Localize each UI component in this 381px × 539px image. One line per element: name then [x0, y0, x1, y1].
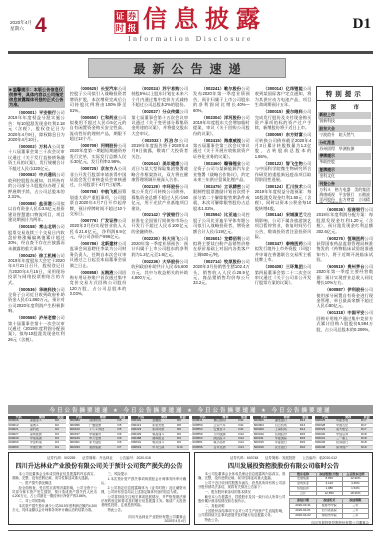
announcement-entry: （300347）泰格医药公司拟发行境外上市外资股（Ｈ股）并申请在香港联合交易所主… — [255, 241, 312, 263]
announcement-entry: （600519）贵州茅台公司2020年第一季度主要经营数据：预计实现营业总收入同… — [316, 264, 373, 286]
sidebar-section: 停牌提示 华联控股 — [318, 153, 371, 166]
announcement-entry: （002460）赣锋锂业公司全资子公司与某新能源汽车企业签署《战略合作协议》，约… — [193, 161, 250, 183]
digest-row: 000541佛山照明D11 — [192, 419, 250, 423]
masthead: 2020年4月 星期六 4 证 券 时 报 信息披露 Information D… — [10, 7, 371, 49]
article-paragraph: 上述股份冻结事项不会对公司生产经营产生直接影响，公司将持续关注事项进展并及时履行… — [198, 509, 285, 517]
date-weekday: 星期六 — [10, 26, 32, 32]
digest-row: 000550江铃汽车D11 — [192, 423, 250, 427]
announcement-entry: （000858）五粮液公司回购专用证券账户首次通过集中竞价交易方式回购公司股份1… — [70, 270, 127, 297]
digest-row: 000060中金岭南D3 — [8, 441, 66, 445]
article-meta: 证券代码：002259 证券简称：升达林业 公告编号：2020-018 — [12, 455, 186, 460]
freeze-detail-table: 冻结日期 冻结机关 冻结期限 2020-03-31成都市中院三年2020-04-… — [289, 498, 369, 518]
announcement-entry: （002241）歌尔股份公司发布2020年第一季度业绩预告，预计归属于上市公司股… — [193, 86, 250, 113]
sidebar-section-names: 锐新科技 — [318, 119, 371, 125]
digest-row: 600030中信证券D18 — [315, 432, 373, 436]
digest-row: 000089深圳机场D5 — [69, 419, 127, 423]
logo-tile: 报 — [126, 22, 138, 34]
announcement-entry: （002027）分众传媒公司第七届董事会第十五次会议审议通过《关于变更部分募集资… — [131, 109, 188, 136]
digest-row: 600004白云机场D14 — [253, 423, 311, 427]
announcement-entry: （000768）中航飞机因筹划重大资产重组事项，公司股票自2020年4月7日开市… — [70, 189, 127, 216]
article-paragraph: 1.本次预计资产损失事项尚需经会计师事务所审计确认； — [101, 477, 186, 485]
header-rule — [8, 51, 373, 54]
digest-row: 000413东旭光电D8 — [131, 423, 189, 427]
text-column-5: （300014）亿纬锂能公司收到某国际客户定点通知，将为其供应动力电池产品，项目… — [255, 86, 312, 403]
sidebar-section-names: 苏州固锝 华测检测 — [318, 146, 371, 152]
article-column: 本公司及董事会全体成员保证信息披露的内容真实、准确、完整，没有虚假记载、误导性陈… — [198, 472, 285, 526]
sidebar-section-names: 万科Ａ 格力电器 美的集团 海康威视 平安银行 五粮液 洋河股份 东方财富 立讯… — [318, 187, 371, 204]
digest-row: 000096广聚能源D5 — [69, 423, 127, 427]
mini-row: 2020-04-02绵阳市中院三年 — [290, 513, 369, 518]
digest-row: 000100ＴＣＬ科技D5 — [69, 428, 127, 432]
announcement-entry: （002475）立讯精密公司限制性股票激励计划首次授予部分第二个解除限售期条件成… — [193, 184, 250, 211]
mini-row: 恒信投资1,0801.54% — [290, 486, 369, 491]
digest-row: 000027深圳能源D3 — [8, 432, 66, 436]
digest-row: 600028中国石化D17 — [315, 423, 373, 427]
text-column-4: （002241）歌尔股份公司发布2020年第一季度业绩预告，预计归属于上市公司股… — [193, 86, 250, 403]
announcement-entry: （000786）北新建材公司监事会同意聘任李某为公司财务负责人，任期自本次会议审… — [70, 241, 127, 268]
footer-rule — [8, 530, 373, 531]
sidebar-section-names: 华联控股 — [318, 160, 371, 166]
announcement-entry: （002415）海康威视公司第五届董事会第三次会议审议通过《关于开展应收账款资产… — [193, 138, 250, 160]
entry-list: （002024）苏宁易购公司持股5%以上股东计划在未来六个月内通过集中竞价方式减… — [131, 86, 188, 280]
newspaper-logo-icon: 证 券 时 报 — [114, 10, 138, 34]
digest-row: 000012南玻ＡD2 — [8, 423, 66, 427]
announcement-entry: （002032）苏泊尔公司2019年年度报告将于2020年4月9日披露，敬请广大… — [131, 138, 188, 160]
announcement-entry: （300014）亿纬锂能公司收到某国际客户定点通知，将为其供应动力电池产品，项目… — [255, 86, 312, 108]
entry-list: （300014）亿纬锂能公司收到某国际客户定点通知，将为其供应动力电池产品，项目… — [255, 86, 312, 286]
digest-table-4: 代码 简称 版面 000541佛山照明D11000550江铃汽车D1100055… — [192, 416, 250, 450]
article-paragraph: 特此公告。 — [198, 518, 285, 522]
announcement-entry: （000709）河钢股份公司2020年度第一期超短期融资券发行完毕，实际发行总额… — [70, 143, 127, 165]
announcement-entry: （002304）洋河股份公司2019年年度股东大会增加临时提案，审议《关于回购公… — [193, 115, 250, 137]
entry-list: （000625）长安汽车公司控股子公司拟引入战略投资者增资扩股，本次增资完成后公… — [70, 86, 127, 297]
article-paragraph: 本公司及董事会全体成员保证信息披露的内容真实、准确、完整，没有虚假记载、误导性陈… — [12, 472, 97, 480]
digest-row: 000066中国长城D4 — [8, 445, 66, 449]
date-day-number: 4 — [35, 15, 47, 37]
article-paragraph: 一、资产损失情况概述 — [12, 481, 97, 485]
announcement-entry: （002230）科大讯飞公司2020年第一季度业绩预告：预计归属于上市公司股东的… — [131, 236, 188, 258]
announcement-entry: （000425）徐工机械公司2019年年度股东大会定于2020年4月21日召开，… — [8, 253, 65, 285]
special-notice-title: 特别提示 — [317, 87, 372, 101]
announcement-entry: （000088）盐田港公司拟以自有资金人民币3.5亿元投资建设智慧港口物流项目，… — [8, 201, 65, 223]
announcement-entry: （002142）宁波银行公司获准在全国银行间债券市场公开发行不超过人民币100亿… — [131, 212, 188, 234]
announcement-entry: （300408）三环集团公司第四届董事会第二十二次会议审议通过《关于公司非公开发… — [255, 264, 312, 286]
section-subtitle: Information Disclosure — [114, 34, 267, 43]
digest-table-2: 代码 简称 版面 000089深圳机场D5000096广聚能源D5000100Ｔ… — [69, 416, 127, 450]
digest-row: 000157中联重科D6 — [69, 432, 127, 436]
article-left: 证券代码：002259 证券简称：升达林业 公告编号：2020-018 四川升达… — [8, 452, 190, 525]
announcement-entry: （300144）宋城演艺受疫情影响，公司下属各旅游演艺项目暂停营业，恢复时间另行… — [255, 212, 312, 239]
digest-row: 600009上海机场D14 — [253, 428, 311, 432]
announcement-entry: （601318）中国平安公司回购专用账户通过集中竞价方式累计回购Ａ股股份5,59… — [316, 310, 373, 332]
digest-row: 600031三一重工D18 — [315, 437, 373, 441]
date-block: 2020年4月 星期六 4 — [10, 15, 47, 37]
article-paragraph: 公司将持续关注相关事项进展情况，并严格按照法律法规的规定和要求及时履行信息披露义… — [101, 495, 186, 507]
announcement-entry: （600036）招商银行公司2019年年度利润分配方案：每股派发现金红利1.20… — [316, 207, 373, 234]
digest-row: 000501鄂武商ＡD9 — [131, 441, 189, 445]
article-paragraph: 经全面核查，受自然灾害等因素影响，公司全资子公司部分林木资产发生损毁，预计造成资… — [12, 486, 97, 498]
article-right: 证券代码：600748 证券简称：发展投资 公告编号：临2020-012 四川发… — [194, 452, 373, 525]
market-shenzhen-label: 深 市 — [318, 103, 371, 111]
digest-table-3: 代码 简称 版面 000402金融街D8000413东旭光电D8000423东阿… — [131, 416, 189, 450]
text-column-6: 特别提示 深 市 新股上市 锐新科技 股东大会 宁波韵升 皖天然气 分红派息 — [316, 86, 373, 403]
article-signature: 四川升达林业产业股份有限公司董事会 2020年4月4日 — [12, 515, 186, 523]
article-paragraph: 二、对公司的影响 — [12, 499, 97, 503]
digest-row: 000429粤高速ＡD9 — [131, 432, 189, 436]
announcement-entry: （002601）龙蟒佰利公司拟将主要钛白粉产品销售价格在原价基础上对国内各类客户… — [193, 236, 250, 258]
announcement-entry: （000536）华映科技公司全资子公司近日收到政府补助资金人民币1,860万元，… — [8, 287, 65, 314]
article-paragraph: 本公司及董事会全体成员保证信息披露的内容真实、准确、完整，没有虚假记载、误导性陈… — [198, 472, 285, 480]
digest-row: 000559万向钱潮D12 — [192, 432, 250, 436]
digest-row: 000301东方盛虹D6 — [69, 441, 127, 445]
reader-notice: ■ 温馨提示：本版公告信息仅供参考，具体内容以公司指定信息披露媒体刊登的正式公告… — [8, 86, 65, 108]
latest-announcements-banner: 最新公告速递 — [88, 58, 286, 78]
article-paragraph: 2.公司指定信息披露媒体为《证券时报》及巨潮资讯网，公司所有信息均以上述指定媒体… — [101, 486, 186, 494]
announcement-entry: （002236）大华股份公司收到政府补助共计人民币5,600万元，其中与收益相关… — [131, 259, 188, 281]
digest-row: 000581威孚高科D12 — [192, 441, 250, 445]
announcement-entry: （000650）仁和药业公司拟使用不超过人民币5亿元的自有闲置资金购买安全性高、… — [70, 115, 127, 142]
digest-row: 600016民生银行D16 — [253, 445, 311, 449]
digest-table-6: 代码 简称 版面 600025华能水电D17600028中国石化D1760002… — [315, 416, 373, 450]
sidebar-section: 新股上市 锐新科技 — [318, 112, 371, 125]
digest-row: 000488晨鸣纸业D9 — [131, 437, 189, 441]
col-shares: 冻结股数(万股) — [316, 472, 342, 477]
newspaper-page: { "header": { "date_line1": "2020年4月", "… — [0, 0, 381, 539]
article-paragraph: 一、股东股份被冻结的基本情况 — [198, 490, 285, 494]
sidebar-section: 复牌提示 金科文化 — [318, 167, 371, 180]
digest-banner: 今日公告摘要速递 ★ 今日公告摘要速递 ★ 今日公告摘要速递 ★ 今日公告摘要速… — [8, 405, 373, 414]
entry-list: （600036）招商银行公司2019年年度利润分配方案：每股派发现金红利1.20… — [316, 207, 373, 332]
article-signature: 四川发展投资控股股份有限公司董事会 2020年4月4日 — [289, 521, 369, 525]
mini-header-row: 冻结日期 冻结机关 冻结期限 — [290, 499, 369, 504]
digest-row: 600010包钢股份D15 — [253, 432, 311, 436]
digest-row: 000039中集集团D3 — [8, 437, 66, 441]
mini-row: 金利实业3,1204.46% — [290, 482, 369, 487]
digest-row: 600015华夏银行D15 — [253, 441, 311, 445]
logo-tile: 券 — [126, 10, 138, 22]
text-column-3: （002024）苏宁易购公司持股5%以上股东计划在未来六个月内通过集中竞价方式减… — [131, 86, 188, 403]
announcement-entry: （002044）美年健康公司近日与某大型保险集团签署战略合作框架协议，双方将在健… — [131, 161, 188, 183]
special-notice-box: 特别提示 深 市 新股上市 锐新科技 股东大会 宁波韵升 皖天然气 分红派息 — [316, 86, 373, 204]
announcement-entry: （000001）平安银行公司2019年年度权益分派实施公告：每10股派发现金红利… — [8, 110, 65, 142]
sidebar-section: 分红派息 苏州固锝 华测检测 — [318, 139, 371, 152]
logo-tile: 时 — [114, 22, 126, 34]
article-paragraph: 特此公告。 — [101, 508, 186, 512]
mini-row: 2020-03-31成都市中院三年 — [290, 504, 369, 509]
sidebar-section-names: 宁波韵升 皖天然气 — [318, 132, 371, 138]
announcement-entry: （002594）比亚迪公司控股子公司比亚迪半导体有限公司拟引入战略投资者，增资金… — [193, 212, 250, 234]
article-title: 四川升达林业产业股份有限公司关于预计公司资产损失的公告 — [12, 461, 186, 470]
mini-row: 发展集团8,65012.36% — [290, 477, 369, 482]
announcement-entry: （000158）常山北明公司股票交易连续三个交易日内收盘价格涨幅偏离值累计超过2… — [8, 224, 65, 251]
digest-row: 000402金融街D8 — [131, 419, 189, 423]
digest-row: 600011华能国际D15 — [253, 437, 311, 441]
announcement-entry: （000625）长安汽车公司控股子公司拟引入战略投资者增资扩股，本次增资完成后公… — [70, 86, 127, 113]
text-column-2: （000625）长安汽车公司控股子公司拟引入战略投资者增资扩股，本次增资完成后公… — [70, 86, 127, 403]
entry-list: （000001）平安银行公司2019年年度权益分派实施公告：每10股派发现金红利… — [8, 110, 65, 342]
digest-row: 600048保利地产D19 — [315, 445, 373, 449]
digest-row: 000563陕国投ＡD12 — [192, 437, 250, 441]
signature-company: 四川发展投资控股股份有限公司董事会 — [289, 521, 369, 525]
announcement-entry: （000002）万科Ａ公司第十八届董事会第三十次会议审议通过《关于发行直接债务融… — [8, 144, 65, 171]
announcement-entry: （000568）泸州老窖公司第十届董事会第十一次会议审议通过《2019年度利润分… — [8, 315, 65, 342]
announcement-entry: （002129）中环股份公司拟公开发行可转换公司债券，募集资金总额不超过人民币5… — [131, 184, 188, 211]
digest-row: 000519中兵红箭D10 — [131, 445, 189, 449]
digest-row: 000006深振业ＡD2 — [8, 419, 66, 423]
article-paragraph: 本次资产损失预计减少公司2019年度利润总额约4,200万元，具体金额以会计师事… — [12, 504, 97, 512]
digest-table-1: 代码 简称 版面 000006深振业ＡD2000012南玻ＡD2000021深科… — [8, 416, 66, 450]
digest-row: 000423东阿阿胶D8 — [131, 428, 189, 432]
digest-row: 000596古井贡酒D13 — [192, 445, 250, 449]
digest-row: 000553安道麦ＡD11 — [192, 428, 250, 432]
article-meta: 证券代码：600748 证券简称：发展投资 公告编号：临2020-012 — [198, 455, 369, 460]
logo-tile: 证 — [114, 10, 126, 22]
announcement-entry: （000063）中兴通讯公司收到控股股东通知，其所持有的公司部分Ａ股股份办理了质… — [8, 172, 65, 199]
announcement-entry: （300015）爱尔眼科公司完成发行股份及支付现金购买资产事项的标的资产过户手续… — [255, 109, 312, 131]
freeze-summary-table: 股东名称 冻结股数(万股) 占总股本比例 发展集团8,65012.36%金利实业… — [289, 472, 369, 497]
announcement-entry: （300124）汇川技术公司2019年年度权益分派预案：每10股派发现金红利1.… — [255, 184, 312, 211]
announcement-entry: （300122）智飞生物公司与中国科学院微生物研究所合作研发的重组新冠疫苗项目取… — [255, 161, 312, 183]
announcement-entry: （000725）京东方Ａ公司非公开发行股票申请获得中国证监会发行审核委员会审核通… — [70, 166, 127, 188]
page-number: D1 — [353, 16, 371, 33]
article-paragraph: 公司于近日收到控股股东函告，获悉其所持有的公司部分股份被司法冻结，现将有关情况公… — [198, 481, 285, 489]
announcement-entry: （002714）牧原股份公司2020年3月份销售生猪102.4万头，销售收入人民… — [193, 259, 250, 286]
entry-list: （002241）歌尔股份公司发布2020年第一季度业绩预告，预计归属于上市公司股… — [193, 86, 250, 286]
sidebar-section: 股东大会 宁波韵升 皖天然气 — [318, 125, 371, 138]
digest-row: 000166申万宏源D6 — [69, 437, 127, 441]
announcements-body: ■ 温馨提示：本版公告信息仅供参考，具体内容以公司指定信息披露媒体刊登的正式公告… — [8, 86, 373, 403]
shenzhen-section-list: 新股上市 锐新科技 股东大会 宁波韵升 皖天然气 分红派息 苏州固锝 华测检测 — [318, 112, 371, 205]
article-paragraph: 三、风险提示 — [101, 472, 186, 476]
announcement-entry: （000776）广发证券公司2020年3月份实现营业收入人民币21.6亿元，净利… — [70, 218, 127, 240]
article-paragraph: 截至本公告披露日，控股股东及其一致行动人所持公司股份累计被冻结情况如右表所示。 — [198, 495, 285, 503]
article-column: 三、风险提示1.本次预计资产损失事项尚需经会计师事务所审计确认；2.公司指定信息… — [101, 472, 186, 514]
article-tables: 股东名称 冻结股数(万股) 占总股本比例 发展集团8,65012.36%金利实业… — [289, 472, 369, 526]
mini-row: 合计12,85018.36% — [290, 491, 369, 496]
signature-date: 2020年4月4日 — [12, 519, 186, 523]
announcement-entry: （002024）苏宁易购公司持股5%以上股东计划在未来六个月内通过集中竞价方式减… — [131, 86, 188, 108]
mini-header-row: 股东名称 冻结股数(万股) 占总股本比例 — [290, 472, 369, 477]
digest-tables: 代码 简称 版面 000006深振业ＡD2000012南玻ＡD2000021深科… — [8, 416, 373, 450]
sidebar-section: 刊登公告 万科Ａ 格力电器 美的集团 海康威视 平安银行 五粮液 洋河股份 东方… — [318, 180, 371, 204]
article-paragraph: 二、其他说明 — [198, 504, 285, 508]
digest-row: 600000浦发银行D14 — [253, 419, 311, 423]
text-column-1: ■ 温馨提示：本版公告信息仅供参考，具体内容以公司指定信息披露媒体刊登的正式公告… — [8, 86, 65, 403]
digest-table-5: 代码 简称 版面 600000浦发银行D14600004白云机场D1460000… — [253, 416, 311, 450]
digest-row: 600036招商银行D18 — [315, 441, 373, 445]
mini-row: 2020-04-01四川省高院三年 — [290, 509, 369, 514]
digest-row: 600025华能水电D17 — [315, 419, 373, 423]
sidebar-section-names: 金科文化 — [318, 174, 371, 180]
announcement-entry: （600276）恒瑞医药公司获得国家药品监督管理局核准签发的《药物临床试验批准通… — [316, 236, 373, 263]
digest-row: 000333美的集团D7 — [69, 445, 127, 449]
section-title: 信息披露 — [143, 7, 267, 33]
announcement-entry: （300059）东方财富公司可转换公司债券截至2020年4月3日累计转股数量为1… — [255, 132, 312, 159]
digest-row: 000021深科技D2 — [8, 428, 66, 432]
digest-row: 600029南方航空D17 — [315, 428, 373, 432]
article-title: 四川发展投资控股股份有限公司临时公告 — [198, 461, 369, 470]
announcement-entry: （600887）伊利股份公司使用部分闲置自有资金进行现金管理，单日最高余额不超过… — [316, 287, 373, 309]
article-column: 本公司及董事会全体成员保证信息披露的内容真实、准确、完整，没有虚假记载、误导性陈… — [12, 472, 97, 514]
